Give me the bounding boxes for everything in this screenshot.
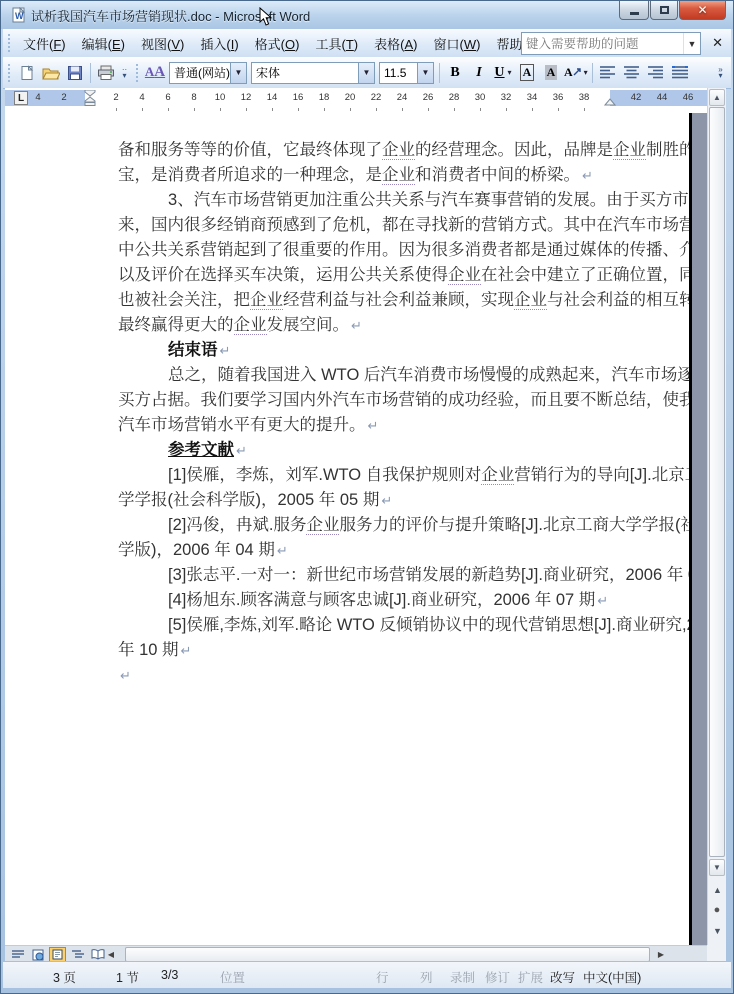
status-indicator[interactable]: 列 <box>420 968 433 986</box>
open-button[interactable] <box>40 62 62 84</box>
ruler-number: 10 <box>215 92 226 103</box>
doc-line-text: [2]冯俊，冉斌.服务企业服务力的评价与提升策略[J].北京工商大学学报(社会科 <box>168 516 726 535</box>
ruler-number: 34 <box>527 92 538 103</box>
font-combobox[interactable]: 宋体 ▼ <box>251 62 375 84</box>
print-button[interactable] <box>95 62 117 84</box>
toolbar-options-chevron[interactable]: ··▾ <box>118 60 131 86</box>
distribute-icon <box>672 66 688 79</box>
smart-tag-underline: 企业 <box>514 291 547 310</box>
web-layout-view-button[interactable] <box>29 947 46 962</box>
open-folder-icon <box>42 65 60 81</box>
doc-line-text: 年 10 期 <box>118 641 179 659</box>
style-combobox[interactable]: 普通(网站) ▼ <box>169 62 247 84</box>
menu-item[interactable]: 编辑(E) <box>74 30 133 57</box>
paragraph-mark: ↵ <box>277 543 288 558</box>
previous-page-button[interactable]: ▲ <box>709 880 725 900</box>
document-page[interactable]: 备和服务等等的价值，它最终体现了企业的经营理念。因此，品牌是企业制胜的法 宝，是… <box>5 113 689 945</box>
right-indent-marker[interactable] <box>604 98 616 106</box>
doc-line-text: [4]杨旭东.顾客满意与顾客忠诚[J].商业研究，2006 年 07 期 <box>168 591 595 609</box>
next-page-button[interactable]: ▼ <box>709 921 725 941</box>
ruler-number: 32 <box>501 92 512 103</box>
doc-line-text: 中公共关系营销起到了很重要的作用。因为很多消费者都是通过媒体的传播、介绍 <box>118 241 712 259</box>
doc-line-text: [5]侯雁,李炼,刘军.略论 WTO 反倾销协议中的现代营销思想[J].商业研究… <box>168 616 723 634</box>
scaling-arrow-icon <box>573 68 582 78</box>
doc-line-text: 汽车市场营销水平有更大的提升。 <box>118 416 366 434</box>
scroll-down-button[interactable]: ▼ <box>709 859 725 876</box>
align-left-button[interactable] <box>597 62 619 84</box>
doc-line-text: 也被社会关注，把企业经营利益与社会利益兼顾，实现企业与社会利益的相互转化， <box>118 291 726 310</box>
ruler-number: 16 <box>293 92 304 103</box>
status-indicator[interactable]: 扩展 <box>518 968 543 986</box>
ruler-number: 4 <box>139 92 144 103</box>
doc-line-text: 学版)，2006 年 04 期 <box>118 541 275 559</box>
doc-line-text: 以及评价在选择买车决策，运用公共关系使得企业在社会中建立了正确位置，同时 <box>118 266 712 285</box>
chevron-down-icon[interactable]: ▾ <box>584 68 588 77</box>
close-button[interactable]: ✕ <box>679 1 726 20</box>
word-document-icon: W <box>10 7 26 23</box>
chevron-down-icon[interactable]: ▼ <box>230 63 246 83</box>
doc-line-text: 买方占据。我们要学习国内外汽车市场营销的成功经验，而且要不断总结，使我国 <box>118 391 712 409</box>
style-value: 普通(网站) <box>170 64 230 81</box>
styles-and-formatting-button[interactable]: AA <box>144 62 166 84</box>
document-text: 备和服务等等的价值，它最终体现了企业的经营理念。因此，品牌是企业制胜的法 宝，是… <box>63 113 689 663</box>
save-floppy-icon <box>67 65 83 81</box>
paragraph-mark: ↵ <box>181 643 192 658</box>
save-button[interactable] <box>64 62 86 84</box>
doc-line-text: 学学报(社会科学版)，2005 年 05 期 <box>118 491 379 509</box>
menu-item[interactable]: 视图(V) <box>133 30 192 57</box>
separator <box>592 63 593 83</box>
smart-tag-underline: 企业 <box>481 466 514 485</box>
paragraph-mark: ↵ <box>381 493 392 508</box>
select-browse-object-button[interactable]: ● <box>709 900 725 920</box>
status-indicator[interactable]: 位置 <box>220 968 245 986</box>
ruler-number: 26 <box>423 92 434 103</box>
horizontal-scrollbar-thumb[interactable] <box>125 947 650 962</box>
ruler-number: 42 <box>631 92 642 103</box>
doc-line-text: 宝，是消费者所追求的一种理念，是企业和消费者中间的桥梁。 <box>118 166 580 185</box>
status-indicator[interactable]: 中文(中国) <box>583 968 641 986</box>
close-icon: ✕ <box>697 3 707 17</box>
font-size-combobox[interactable]: 11.5 ▼ <box>379 62 434 84</box>
status-indicator[interactable]: 3 页 <box>53 968 76 986</box>
new-document-icon <box>19 65 35 81</box>
vertical-scrollbar-thumb[interactable] <box>709 107 725 857</box>
paragraph-mark: ↵ <box>368 418 379 433</box>
ruler-number: 24 <box>397 92 408 103</box>
doc-line-text: 备和服务等等的价值，它最终体现了企业的经营理念。因此，品牌是企业制胜的法 <box>118 141 712 160</box>
outline-view-icon <box>72 950 84 960</box>
paragraph-mark: ↵ <box>120 668 131 683</box>
ruler-number: 14 <box>267 92 278 103</box>
character-border-button[interactable]: A <box>516 62 538 84</box>
ruler-number: 44 <box>657 92 668 103</box>
maximize-icon <box>660 6 669 14</box>
menu-item[interactable]: 格式(O) <box>247 30 308 57</box>
doc-line: 备和服务等等的价值，它最终体现了企业的经营理念。因此，品牌是企业制胜的法 <box>63 113 689 138</box>
new-document-button[interactable] <box>16 62 38 84</box>
toolbar-grip[interactable] <box>6 64 11 82</box>
normal-view-icon <box>12 950 24 960</box>
paragraph-mark: ↵ <box>582 168 593 183</box>
separator <box>439 63 440 83</box>
character-scaling-button[interactable]: A▾ <box>564 62 588 84</box>
paragraph-mark: ↵ <box>351 318 362 333</box>
smart-tag-underline: 企业 <box>382 166 415 185</box>
toolbar-grip[interactable] <box>6 34 11 52</box>
font-size-value: 11.5 <box>380 66 417 80</box>
print-icon <box>97 65 115 81</box>
status-indicator[interactable]: 行 <box>376 968 389 986</box>
ruler-number: 46 <box>683 92 694 103</box>
paragraph-mark: ↵ <box>236 443 247 458</box>
horizontal-ruler: 4224681012141618202224262830323436384244… <box>5 88 709 113</box>
chevron-down-icon[interactable]: ▾ <box>508 68 512 77</box>
maximize-button[interactable] <box>650 1 678 20</box>
ruler-number: 12 <box>241 92 252 103</box>
doc-line-text: 最终赢得更大的企业发展空间。 <box>118 316 349 335</box>
ruler-number: 30 <box>475 92 486 103</box>
ruler-number: 36 <box>553 92 564 103</box>
smart-tag-underline: 企业 <box>613 141 646 160</box>
status-indicator[interactable]: 录制 <box>450 968 475 986</box>
toolbar-options-chevron[interactable]: »▾ <box>714 60 727 86</box>
toolbar-grip[interactable] <box>134 64 139 82</box>
menu-item[interactable]: 表格(A) <box>366 30 425 57</box>
distribute-button[interactable] <box>669 62 691 84</box>
menu-bar: 文件(F)编辑(E)视图(V)插入(I)格式(O)工具(T)表格(A)窗口(W)… <box>3 29 731 58</box>
status-bar: 3 页1 节3/3位置行列录制修订扩展改写中文(中国) <box>3 961 731 988</box>
paragraph-mark: ↵ <box>597 593 608 608</box>
doc-line-text: [3]张志平.一对一：新世纪市场营销发展的新趋势[J].商业研究，2006 年 … <box>168 566 726 584</box>
character-shading-button[interactable]: A <box>540 62 562 84</box>
minimize-icon <box>630 12 639 15</box>
align-right-button[interactable] <box>645 62 667 84</box>
menubar-close-icon[interactable]: ✕ <box>712 35 723 51</box>
mouse-cursor <box>259 7 273 27</box>
align-left-icon <box>600 66 615 79</box>
ruler-number: 20 <box>345 92 356 103</box>
tab-selector[interactable]: L <box>14 91 28 105</box>
font-value: 宋体 <box>252 64 358 81</box>
align-center-button[interactable] <box>621 62 643 84</box>
ruler-number: 38 <box>579 92 590 103</box>
align-right-icon <box>648 66 663 79</box>
indent-markers[interactable] <box>84 90 96 106</box>
doc-line-text: [1]侯雁，李炼，刘军.WTO 自我保护规则对企业营销行为的导向[J].北京工商… <box>168 466 726 485</box>
print-layout-view-button[interactable] <box>49 947 66 962</box>
ruler-number: 18 <box>319 92 330 103</box>
svg-text:W: W <box>15 11 24 21</box>
doc-line-text: 结束语 <box>168 341 218 359</box>
status-indicator[interactable]: 1 节 <box>116 968 139 986</box>
scroll-up-button[interactable]: ▲ <box>709 89 725 106</box>
word-window: W 试析我国汽车市场营销现状.doc - Microsoft Word ✕ 文件… <box>0 0 734 994</box>
smart-tag-underline: 企业 <box>234 316 267 335</box>
scroll-left-button[interactable]: ◀ <box>103 947 119 962</box>
help-search-box[interactable]: ▼ <box>521 32 701 55</box>
menu-item[interactable]: 文件(F) <box>15 30 74 57</box>
web-layout-icon <box>32 949 44 961</box>
ruler-number: 4 <box>35 92 40 103</box>
bold-button[interactable]: B <box>444 62 466 84</box>
ruler-number: 2 <box>61 92 66 103</box>
ruler-number: 6 <box>165 92 170 103</box>
doc-line-text: 总之，随着我国进入 WTO 后汽车消费市场慢慢的成熟起来，汽车市场逐渐由 <box>168 366 726 384</box>
align-center-icon <box>624 66 639 79</box>
chevron-down-icon[interactable]: ▼ <box>683 33 700 54</box>
title-bar[interactable]: W 试析我国汽车市场营销现状.doc - Microsoft Word ✕ <box>1 1 733 29</box>
smart-tag-underline: 企业 <box>382 141 415 160</box>
menu-item[interactable]: 工具(T) <box>307 30 366 57</box>
ruler-number: 2 <box>113 92 118 103</box>
print-layout-icon <box>52 949 63 960</box>
underline-button[interactable]: U▾ <box>492 62 514 84</box>
status-indicator[interactable]: 3/3 <box>161 968 178 982</box>
italic-button[interactable]: I <box>468 62 490 84</box>
separator <box>90 63 91 83</box>
smart-tag-underline: 企业 <box>306 516 339 535</box>
chevron-down-icon[interactable]: ▼ <box>417 63 433 83</box>
status-indicator[interactable]: 改写 <box>550 968 575 986</box>
ruler-number: 28 <box>449 92 460 103</box>
minimize-button[interactable] <box>619 1 649 20</box>
formatting-toolbar: ··▾ AA 普通(网站) ▼ 宋体 ▼ 11.5 ▼ B I U▾ A A A… <box>3 57 731 89</box>
ruler-number: 8 <box>191 92 196 103</box>
smart-tag-underline: 企业 <box>250 291 283 310</box>
vertical-scrollbar[interactable]: ▲ ▼ ▲ ● ▼ <box>707 88 726 945</box>
menu-item[interactable]: 插入(I) <box>192 30 246 57</box>
document-area: 4224681012141618202224262830323436384244… <box>5 88 726 963</box>
chevron-down-icon[interactable]: ▼ <box>358 63 374 83</box>
doc-line-text: 参考文献 <box>168 441 234 459</box>
paragraph-mark: ↵ <box>220 343 231 358</box>
outline-view-button[interactable] <box>69 947 86 962</box>
menu-item[interactable]: 窗口(W) <box>425 30 488 57</box>
smart-tag-underline: 企业 <box>448 266 481 285</box>
normal-view-button[interactable] <box>9 947 26 962</box>
doc-line-text: 3、汽车市场营销更加注重公共关系与汽车赛事营销的发展。由于买方市场的到 <box>168 191 726 209</box>
ruler-number: 22 <box>371 92 382 103</box>
scroll-right-button[interactable]: ▶ <box>653 947 669 962</box>
status-indicator[interactable]: 修订 <box>485 968 510 986</box>
doc-line-text: 来，国内很多经销商预感到了危机，都在寻找新的营销方式。其中在汽车市场营销 <box>118 216 712 234</box>
styles-icon: AA <box>145 64 165 81</box>
help-input[interactable] <box>522 37 683 51</box>
